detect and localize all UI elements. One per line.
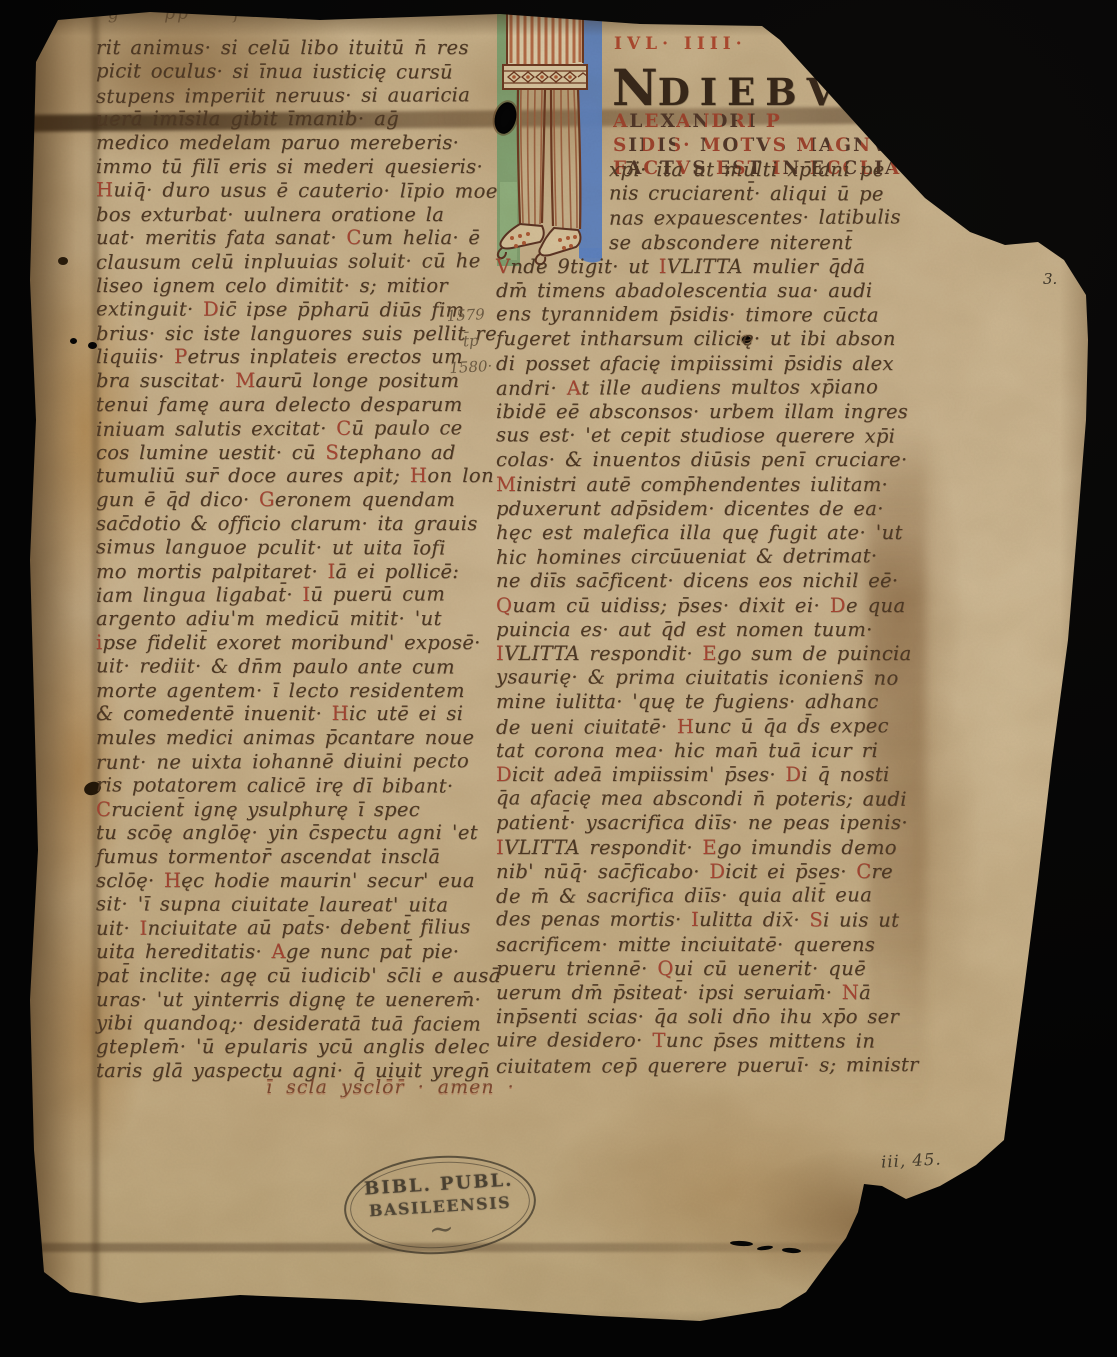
text-line: nib' nūq̄· sac̄ficabo· Dicit ei p̄ses· C… — [496, 860, 910, 884]
text-line: ciuitatem cep̄ querere pueruī· s; minist… — [496, 1053, 910, 1079]
text-line: pueru triennē· Qui cū uenerit· quē — [496, 957, 910, 981]
text-line: colas· & inuentos diūsis penī cruciare· — [496, 448, 910, 472]
text-column-left: rit animus· si celū libo ituitū n̄ respi… — [96, 36, 500, 1083]
text-line: stupens imperiit neruus· si auaricia — [96, 83, 500, 109]
text-line: q̄a afacię mea abscondi n̄ poteris; audi — [496, 787, 910, 813]
spine-hole-1 — [70, 338, 77, 344]
text-line: mine iulitta· 'quę te fugiens· adhanc — [496, 690, 910, 714]
text-line: gun ē q̄d dico· Geronem quendam — [96, 488, 500, 512]
text-line: sclōę· Hęc hodie maurin' secur' eua — [96, 869, 500, 893]
text-line: mo mortis palpitaret· Iā ei pollicē: — [96, 560, 500, 584]
text-line: tu scōę anglōę· yin c̄spectu agni 'et — [96, 821, 500, 845]
text-line: brius· sic iste languores suis pellit re — [96, 322, 500, 346]
text-line: iam lingua ligabat̄· Iū puerū cum — [96, 582, 500, 608]
text-line: de m̄ & sacrifica diīs· quia alit̄ eua — [496, 883, 910, 909]
text-line: ibidē eē absconsos· urbem illam ingres — [496, 400, 910, 424]
text-line: immo tū filī eris si mederi quesieris· — [96, 155, 500, 179]
incipit-initial-letter: N — [612, 58, 658, 117]
text-line: bra suscitat· Maurū longe positum — [96, 369, 500, 393]
text-line: sac̄dotio & officio clarum· ita grauis — [96, 512, 500, 536]
library-stamp: BIBL. PUBL. BASILEENSIS ~ — [341, 1150, 539, 1260]
text-line: uerā imīsila gibit īmanib· aḡ — [96, 107, 500, 131]
text-line: puincia es· aut q̄d est nomen tuum· — [496, 618, 910, 642]
text-line: Dicit adeā impiissim' p̄ses· Di q̄ nosti — [496, 763, 910, 787]
marginal-date-note: 1579t̄p1580· — [446, 301, 493, 381]
date-note-line: 1580· — [449, 353, 493, 381]
text-line: uita hereditatis· Age nunc pat̄ pie· — [96, 940, 500, 964]
explicit-line: ī scla ysclōr̄ · amen · — [266, 1076, 515, 1098]
calendar-rubric: IVL· IIII· — [614, 34, 747, 54]
text-line: tat corona mea· hic man̄ tuā icur ri — [496, 739, 910, 763]
text-line: picit oculus· si īnua iusticię cursū — [96, 59, 500, 84]
incipit-display-line: NDIEBV — [612, 58, 845, 117]
text-line: extinguit· Dic̄ ipse p̄pharū diūs fim — [96, 297, 500, 322]
capital-line: SIDIS· MOTVS MAGNVS — [613, 134, 913, 158]
text-line: andri· At ille audiens multos xp̄iano — [496, 375, 910, 401]
text-line: ipse fidelit̄ exoret moribund' exposē· — [96, 631, 500, 655]
ink-blot-2 — [58, 257, 68, 265]
text-line: Ministri autē comp̄hendentes iulitam· — [496, 473, 910, 497]
text-line: yibi quandoq;· desideratā tuā faciem — [96, 1011, 500, 1036]
text-column-right: xp̄i· ita ut multi xp̄iani penis cruciar… — [496, 158, 910, 1078]
text-line: clausum celū inpluuias soluit· cū he — [96, 249, 500, 275]
text-line: Quam cū uidiss; p̄ses· dixit ei· De qua — [496, 594, 910, 618]
text-line: sus est· 'et cepit studiose querere xp̄i — [496, 424, 910, 450]
text-line: fugeret intharsum cilicię· ut ibi abson — [496, 327, 910, 351]
text-line: bos exturbat· uulnera oratione la — [96, 203, 500, 227]
folio-number: 3. — [1043, 270, 1057, 288]
text-line: nis cruciarent̄· aliqui ū pe — [609, 182, 910, 207]
text-line: sit· 'ī supna ciuitate laureat' uita — [96, 892, 500, 917]
text-line: tenui famę aura delecto desparum — [96, 393, 500, 417]
text-line: uras· 'ut yinterris dignę te uenerem̄· — [96, 988, 500, 1012]
tunic-skirt — [507, 10, 583, 65]
text-line: mules medici animas p̄cantare noue — [96, 726, 500, 750]
text-line: uerum dm̄ p̄siteat̄· ipsi seruiam̄· Nā — [496, 981, 910, 1005]
text-line: se abscondere niterent̄ — [609, 231, 910, 255]
date-note-line: 1579 — [446, 301, 490, 329]
incipit-capitals-rest: DIEBV — [658, 70, 846, 114]
text-line: IVLITTA respondit· Ego imundis demo — [496, 836, 910, 860]
text-line: ne diīs sac̄ficent· dicens eos nichil eē… — [496, 569, 910, 593]
text-line: fumus tormentor̄ ascendat insclā — [96, 845, 500, 869]
text-line: rit animus· si celū libo ituitū n̄ res — [96, 36, 500, 60]
text-line: inp̄senti scias· q̄a soli dn̄o ihu xp̄o … — [496, 1005, 910, 1029]
text-line: gteplem̄· 'ū epularis ycū anglis delec — [96, 1035, 500, 1059]
text-line: uit· rediit· & dn̄m paulo ante cum — [96, 654, 500, 679]
text-line: des penas mortis· Iulitta dix̄· Si uis u… — [496, 908, 910, 934]
text-line: di posset afacię impiissimi p̄sidis alex — [496, 352, 910, 376]
text-line: ris potatorem calicē irę dī bibant· — [96, 773, 500, 798]
text-line: iniuam salutis excitat· Cū paulo ce — [96, 416, 500, 442]
text-line: sacrificem· mitte inciuitatē· querens — [496, 933, 910, 957]
text-line: Huiq̄· duro usus ē cauterio· līpio moe — [96, 178, 500, 203]
text-line: liquiis· Petrus inplateis erectos um — [96, 345, 500, 369]
hem-band — [503, 65, 587, 89]
parchment-page: g pp ſ t̄ IVL· IIII· NDIEBV ALEXANDRI PS… — [30, 10, 1090, 1350]
text-line: nas expauescentes· latibulis — [609, 206, 910, 232]
trimmed-top-line: g pp ſ t̄ — [108, 4, 294, 24]
pencil-mark-phi: φ — [981, 183, 996, 204]
text-line: xp̄i· ita ut multi xp̄iani pe — [609, 158, 910, 182]
tear-crack-3 — [782, 1247, 801, 1253]
pencil-mark-number: 2 — [988, 208, 1002, 233]
text-line: IVLITTA respondit· Ego sum de puincia — [496, 642, 910, 666]
text-line: pat̄ inclite: agę cū iudicib' sc̄li e au… — [96, 964, 500, 988]
text-line: cos lumine uestit· cū Stephano ad — [96, 441, 500, 465]
shelfmark-note: iii, 45. — [881, 1149, 942, 1171]
date-note-line: t̄p — [462, 327, 491, 354]
text-line: medico medelam paruo mereberis· — [96, 131, 500, 155]
text-line: dm̄ timens abadolescentia sua· audi — [496, 279, 910, 303]
text-line: hęc est malefica illa quę fugit ate· 'ut — [496, 521, 910, 545]
text-line: & comedentē inuenit· Hic utē ei si — [96, 702, 500, 726]
text-line: Crucient̄ ignę ysulphurę ī spec — [96, 798, 500, 822]
text-line: hic homines circūueniat & detrimat· — [496, 544, 910, 570]
photo-backdrop: g pp ſ t̄ IVL· IIII· NDIEBV ALEXANDRI PS… — [0, 0, 1117, 1357]
text-line: pduxerunt adp̄sidem· dicentes de ea· — [496, 497, 910, 521]
text-line: liseo ignem celo dimitit· s; mitior — [96, 274, 500, 298]
text-line: runt· ne uixta iohannē diuini pecto — [96, 749, 500, 775]
text-line: Vnde 9tigit· ut IVLITTA mulier q̄dā — [496, 255, 910, 279]
text-line: ysaurię· & prima ciuitatis iconiens̄ no — [496, 666, 910, 692]
text-line: ens tyrannidem p̄sidis· timore cūcta — [496, 302, 910, 328]
text-line: patient̄· ysacrifica diīs· ne peas ipeni… — [496, 811, 910, 835]
text-line: argento adiu'm medicū mitit· 'ut — [96, 607, 500, 631]
capital-line: ALEXANDRI P — [613, 110, 913, 134]
text-line: morte agentem· ī lecto residentem — [96, 679, 500, 703]
text-line: simus languoe pculit· ut uita īofi — [96, 535, 500, 560]
text-line: uit· Inciuitate aū pat̄s· debent̄ filius — [96, 916, 500, 942]
text-line: tumuliū sur̄ doce aures apit; Hon lon — [96, 464, 500, 488]
text-line: uat· meritis fata sanat· Cum helia· ē — [96, 226, 500, 250]
text-line: de ueni ciuitatē· Hunc ū q̄a d̄s expec — [496, 714, 910, 740]
text-line: uire desidero· Tunc p̄ses mittens in — [496, 1029, 910, 1055]
